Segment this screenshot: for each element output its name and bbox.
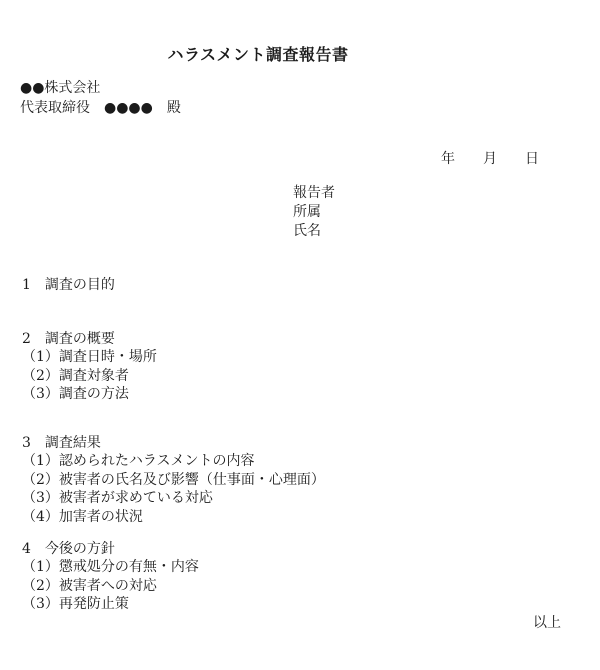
section-2-item-2: （2）調査対象者	[22, 367, 157, 385]
section-2: 2 調査の概要 （1）調査日時・場所 （2）調査対象者 （3）調査の方法	[22, 330, 157, 404]
section-3: 3 調査結果 （1）認められたハラスメントの内容 （2）被害者の氏名及び影響（仕…	[22, 434, 325, 526]
section-4-heading: 4 今後の方針	[22, 540, 199, 558]
addressee-block: ●●株式会社 代表取締役 ●●●● 殿	[20, 79, 181, 118]
section-3-item-2: （2）被害者の氏名及び影響（仕事面・心理面）	[22, 471, 325, 489]
section-3-heading: 3 調査結果	[22, 434, 325, 452]
section-4-item-3: （3）再発防止策	[22, 595, 199, 613]
date-line: 年 月 日	[441, 148, 539, 168]
section-4-item-2: （2）被害者への対応	[22, 577, 199, 595]
report-document-page: ハラスメント調査報告書 ●●株式会社 代表取締役 ●●●● 殿 年 月 日 報告…	[0, 0, 600, 670]
section-3-item-4: （4）加害者の状況	[22, 508, 325, 526]
closing-label: 以上	[533, 612, 561, 632]
reporter-affiliation-label: 所属	[293, 203, 335, 222]
addressee-representative: 代表取締役 ●●●● 殿	[20, 99, 181, 119]
section-3-item-3: （3）被害者が求めている対応	[22, 489, 325, 507]
reporter-name-label: 氏名	[293, 222, 335, 241]
section-4: 4 今後の方針 （1）懲戒処分の有無・内容 （2）被害者への対応 （3）再発防止…	[22, 540, 199, 614]
section-4-item-1: （1）懲戒処分の有無・内容	[22, 558, 199, 576]
section-1-heading: 1 調査の目的	[22, 276, 115, 294]
section-3-item-1: （1）認められたハラスメントの内容	[22, 452, 325, 470]
section-2-item-3: （3）調査の方法	[22, 385, 157, 403]
document-title: ハラスメント調査報告書	[0, 42, 516, 65]
reporter-block: 報告者 所属 氏名	[293, 184, 335, 241]
section-2-item-1: （1）調査日時・場所	[22, 348, 157, 366]
addressee-company: ●●株式会社	[20, 79, 181, 99]
section-2-heading: 2 調査の概要	[22, 330, 157, 348]
section-1: 1 調査の目的	[22, 276, 115, 294]
reporter-label: 報告者	[293, 184, 335, 203]
